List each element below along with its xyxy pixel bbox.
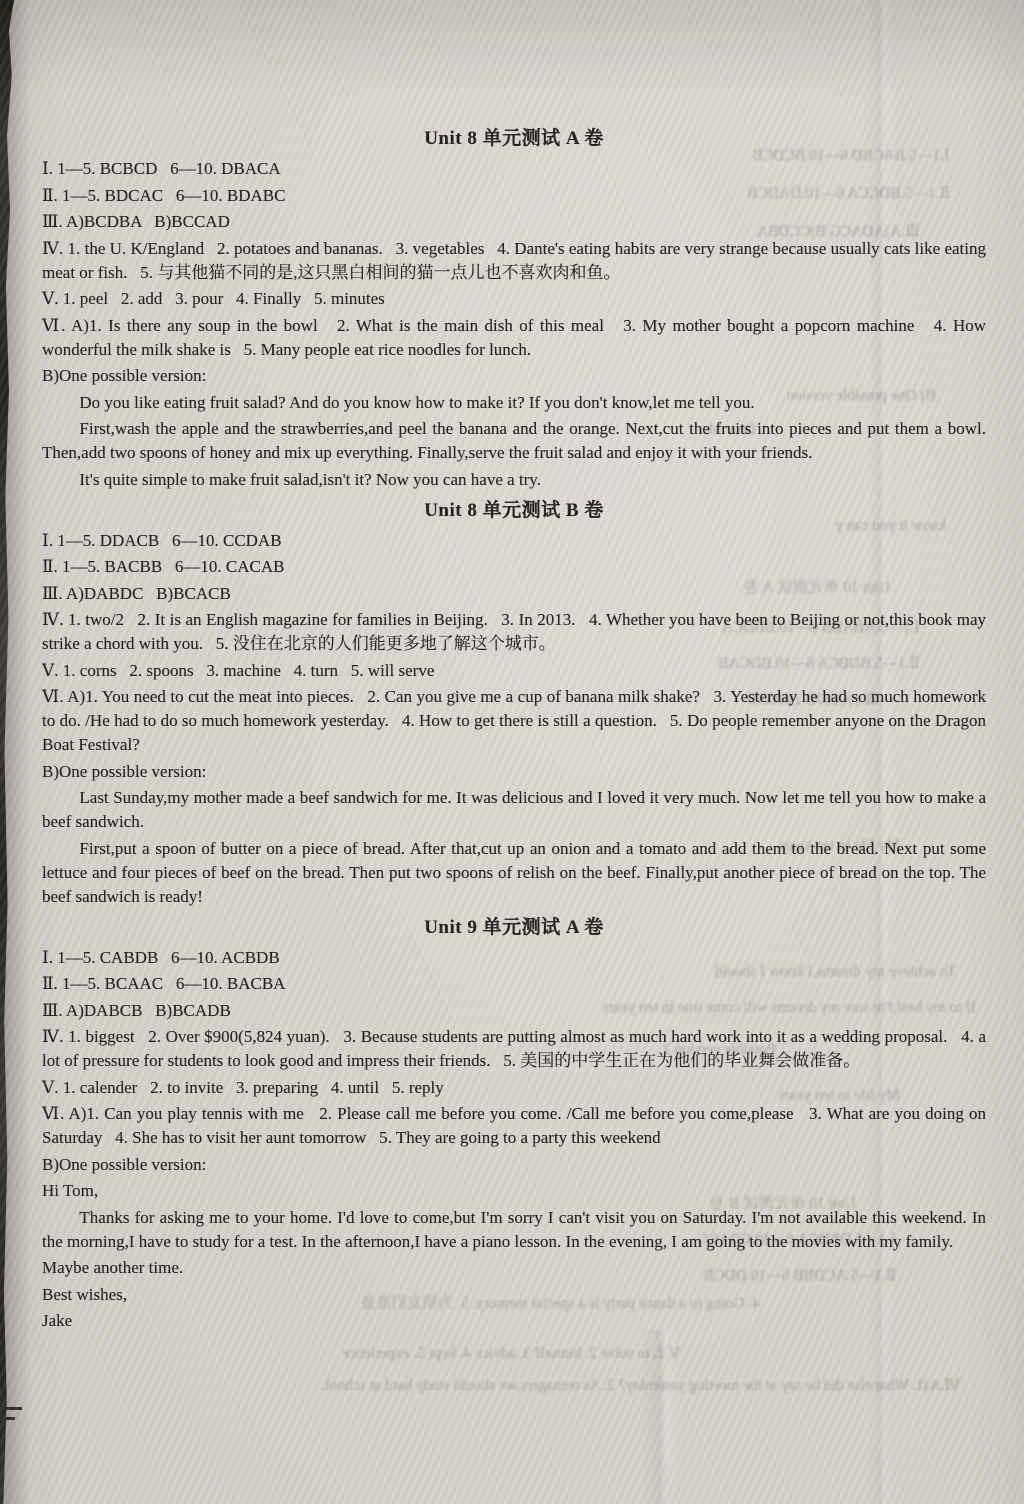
scan-top-shadow bbox=[0, 0, 1024, 95]
paragraph: Thanks for asking me to your home. I'd l… bbox=[42, 1206, 986, 1254]
answer-line: Ⅵ. A)1. Is there any soup in the bowl 2.… bbox=[42, 314, 986, 362]
torn-left-edge bbox=[0, 0, 14, 1504]
scan-artifact-dash bbox=[0, 1417, 15, 1420]
answer-line: Ⅳ. 1. two/2 2. It is an English magazine… bbox=[42, 608, 986, 656]
paragraph: First,wash the apple and the strawberrie… bbox=[42, 417, 986, 465]
answer-line: B)One possible version: bbox=[42, 364, 986, 388]
answer-line: Ⅲ. A)BCDBA B)BCCAD bbox=[42, 210, 986, 234]
letter-line: Maybe another time. bbox=[42, 1256, 986, 1280]
scanned-page: Ⅰ.1—5.BACBD 6—10.BCDCBⅡ.1—5.BDCCA 6—10.D… bbox=[0, 0, 1024, 1504]
letter-line: Hi Tom, bbox=[42, 1179, 986, 1203]
answer-line: Ⅱ. 1—5. BDCAC 6—10. BDABC bbox=[42, 184, 986, 208]
paragraph: First,put a spoon of butter on a piece o… bbox=[42, 837, 986, 909]
paragraph: Do you like eating fruit salad? And do y… bbox=[42, 391, 986, 415]
section-title: Unit 8 单元测试 B 卷 bbox=[42, 499, 986, 523]
answer-line: Ⅴ. 1. peel 2. add 3. pour 4. Finally 5. … bbox=[42, 287, 986, 311]
letter-line: Best wishes, bbox=[42, 1283, 986, 1307]
paragraph: It's quite simple to make fruit salad,is… bbox=[42, 468, 986, 492]
answer-line: Ⅴ. 1. calender 2. to invite 3. preparing… bbox=[42, 1076, 986, 1100]
bleedthrough-text: Ⅵ.A)1. What else did he say at the meeti… bbox=[40, 1376, 960, 1395]
section-title: Unit 9 单元测试 A 卷 bbox=[42, 916, 986, 940]
answer-line: Ⅵ. A)1. Can you play tennis with me 2. P… bbox=[42, 1102, 986, 1150]
answer-line: Ⅱ. 1—5. BACBB 6—10. CACAB bbox=[42, 555, 986, 579]
answer-line: Ⅵ. A)1. You need to cut the meat into pi… bbox=[42, 685, 986, 757]
answer-line: Ⅰ. 1—5. CABDB 6—10. ACBDB bbox=[42, 946, 986, 970]
answer-line: Ⅲ. A)DABDC B)BCACB bbox=[42, 582, 986, 606]
paragraph: Last Sunday,my mother made a beef sandwi… bbox=[42, 786, 986, 834]
letter-line: Jake bbox=[42, 1309, 986, 1333]
scan-artifact-dash bbox=[0, 1407, 22, 1410]
answer-line: Ⅴ. 1. corns 2. spoons 3. machine 4. turn… bbox=[42, 659, 986, 683]
answer-line: Ⅳ. 1. biggest 2. Over $900(5,824 yuan). … bbox=[42, 1025, 986, 1073]
answer-key-content: Unit 8 单元测试 A 卷Ⅰ. 1—5. BCBCD 6—10. DBACA… bbox=[42, 120, 986, 1336]
answer-line: Ⅱ. 1—5. BCAAC 6—10. BACBA bbox=[42, 972, 986, 996]
section-title: Unit 8 单元测试 A 卷 bbox=[42, 127, 986, 151]
answer-line: Ⅲ. A)DABCB B)BCADB bbox=[42, 999, 986, 1023]
answer-line: B)One possible version: bbox=[42, 760, 986, 784]
paper-crease bbox=[640, 1330, 680, 1504]
answer-line: B)One possible version: bbox=[42, 1153, 986, 1177]
answer-line: Ⅰ. 1—5. DDACB 6—10. CCDAB bbox=[42, 529, 986, 553]
answer-line: Ⅰ. 1—5. BCBCD 6—10. DBACA bbox=[42, 157, 986, 181]
bleedthrough-text: Ⅴ.1. to solve 2. himself 3. advice 4. ke… bbox=[60, 1344, 680, 1363]
answer-line: Ⅳ. 1. the U. K/England 2. potatoes and b… bbox=[42, 237, 986, 285]
